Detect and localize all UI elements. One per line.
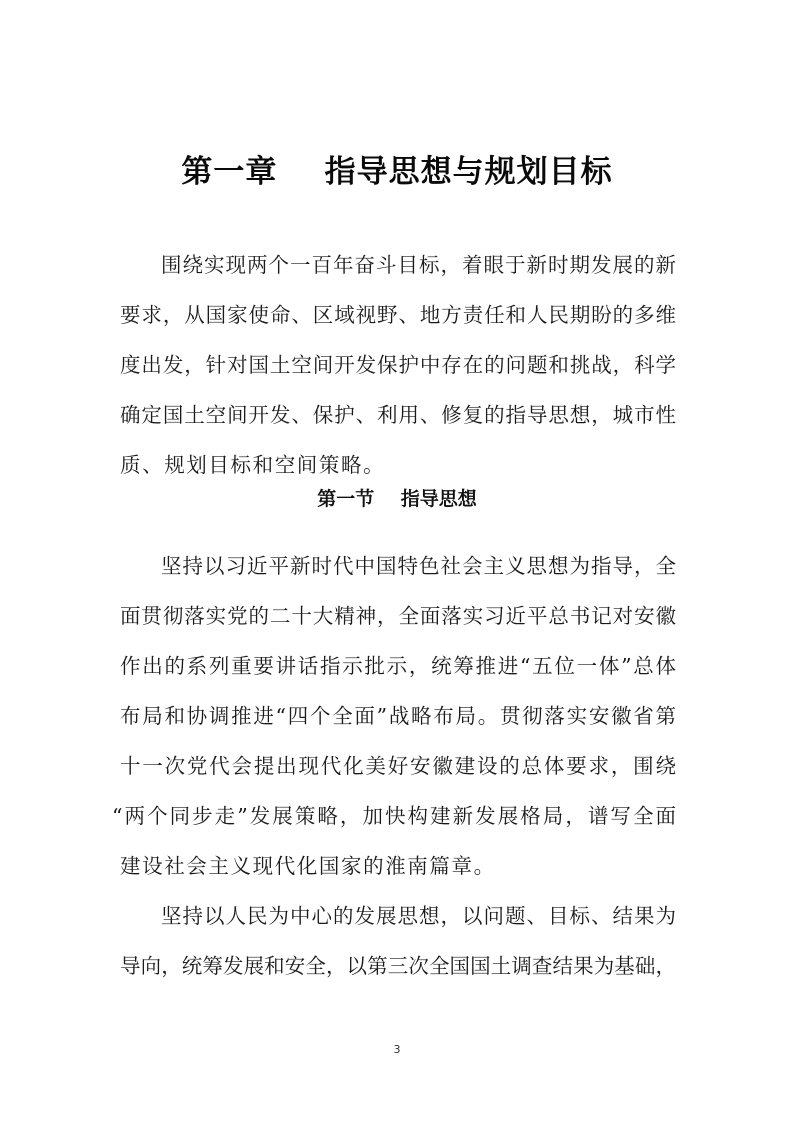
paragraph-line: 布局和协调推进“四个全面”战略布局。贯彻落实安徽省第: [120, 701, 676, 731]
paragraph-line: 作出的系列重要讲话指示批示，统筹推进“五位一体”总体: [120, 651, 676, 681]
chapter-title: 第一章 指导思想与规划目标: [0, 148, 794, 196]
paragraph-line: 十一次党代会提出现代化美好安徽建设的总体要求，围绕: [120, 751, 676, 781]
paragraph-line: 围绕实现两个一百年奋斗目标，着眼于新时期发展的新: [161, 250, 676, 280]
paragraph-line: 面贯彻落实党的二十大精神，全面落实习近平总书记对安徽: [120, 601, 676, 631]
paragraph-line: 建设社会主义现代化国家的淮南篇章。: [120, 851, 676, 881]
page-number: 3: [0, 1043, 794, 1056]
paragraph-line: 度出发，针对国土空间开发保护中存在的问题和挑战，科学: [120, 350, 676, 380]
document-page: 第一章 指导思想与规划目标 围绕实现两个一百年奋斗目标，着眼于新时期发展的新 要…: [0, 0, 794, 1122]
paragraph-line: 要求，从国家使命、区域视野、地方责任和人民期盼的多维: [120, 300, 676, 330]
paragraph-line: “两个同步走”发展策略，加快构建新发展格局，谱写全面: [112, 801, 676, 831]
paragraph-line: 导向，统筹发展和安全，以第三次全国国土调查结果为基础，: [120, 951, 676, 981]
paragraph-line: 质、规划目标和空间策略。: [120, 450, 676, 480]
section-title: 第一节 指导思想: [0, 482, 794, 516]
paragraph-line: 坚持以习近平新时代中国特色社会主义思想为指导，全: [161, 551, 676, 581]
paragraph-line: 坚持以人民为中心的发展思想，以问题、目标、结果为: [161, 901, 676, 931]
paragraph-line: 确定国土空间开发、保护、利用、修复的指导思想，城市性: [120, 400, 676, 430]
